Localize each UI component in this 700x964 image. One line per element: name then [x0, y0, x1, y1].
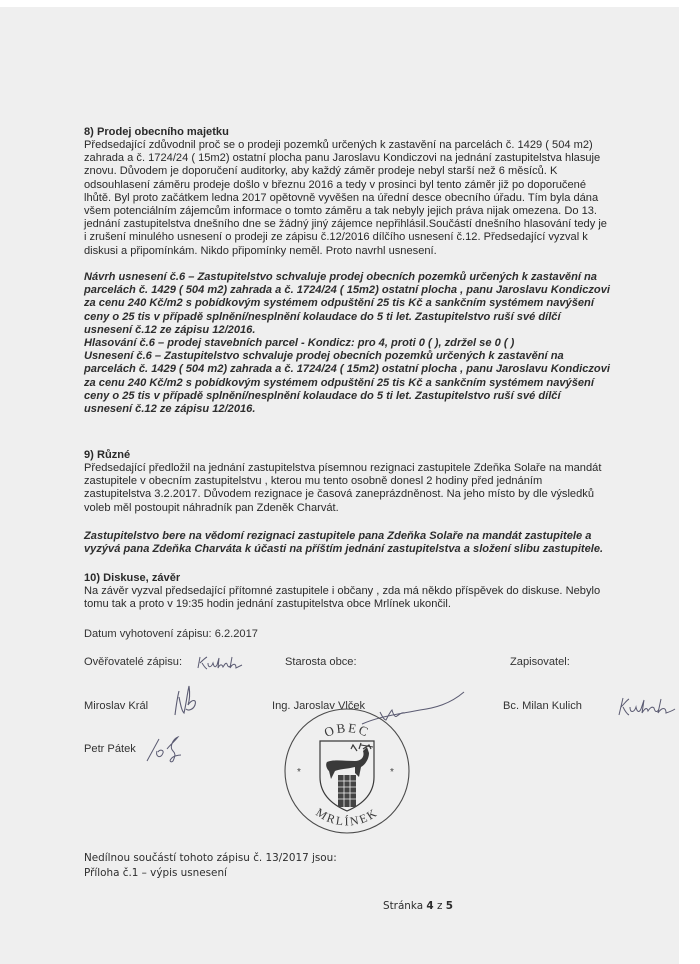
section-9-heading: 9) Různé — [84, 449, 130, 462]
attachment-item-1: Příloha č.1 – výpis usnesení — [84, 867, 227, 879]
seal-top-text: OBEC — [322, 720, 372, 740]
section-8-heading: 8) Prodej obecního majetku — [84, 126, 229, 139]
text-line: Předsedající předložil na jednání zastup… — [84, 462, 601, 475]
text-line: diskusi a připomínkám. Nikdo připomínky … — [84, 245, 607, 258]
section-9-resolution: Zastupitelstvo bere na vědomí rezignaci … — [84, 530, 603, 556]
text-line: ceny o 25 tis v případě splnění/nesplněn… — [84, 390, 610, 403]
text-line: Hlasování č.6 – prodej stavebních parcel… — [84, 337, 610, 350]
seal-bottom-text: MRLÍNEK — [313, 805, 380, 828]
text-line: za cenu 240 Kč/m2 s pobídkovým systémem … — [84, 297, 610, 310]
municipal-seal: OBEC MRLÍNEK * * — [283, 707, 411, 835]
text-line: tomu tak a proto v 19:35 hodin jednání z… — [84, 598, 600, 611]
attachments-intro: Nedílnou součástí tohoto zápisu č. 13/20… — [84, 852, 337, 864]
verifier-1-name: Miroslav Král — [84, 700, 148, 712]
text-line: jednání zastupitelstva dnešního dne se ž… — [84, 218, 607, 231]
section-8-paragraph: Předsedající zdůvodnil proč se o prodeji… — [84, 139, 607, 258]
text-line: za cenu 240 Kč/m2 s pobídkovým systémem … — [84, 377, 610, 390]
text-line: i zrušení minulého usnesení o prodeji ze… — [84, 231, 607, 244]
text-line: zastupitele v obecním zastupitelstvu , k… — [84, 475, 601, 488]
text-line: zahrada a č. 1724/24 ( 15m2) ostatní plo… — [84, 152, 607, 165]
text-line: Zastupitelstvo bere na vědomí rezignaci … — [84, 530, 603, 543]
mayor-label: Starosta obce: — [285, 656, 357, 668]
seal-star-right: * — [390, 767, 394, 778]
text-line: vyzývá pana Zdeňka Charváta k účasti na … — [84, 543, 603, 556]
signature-kral — [172, 683, 200, 717]
page-number: Stránka 4 z 5 — [383, 900, 453, 912]
text-line: parcelách č. 1429 ( 504 m2) zahrada a č.… — [84, 284, 610, 297]
page-total: 5 — [446, 900, 453, 912]
text-line: Na závěr vyzval předsedající přítomné za… — [84, 585, 600, 598]
seal-star-left: * — [297, 767, 301, 778]
stag-shield-icon — [320, 741, 374, 811]
text-line: usnesení č.12 ze zápisu 12/2016. — [84, 403, 610, 416]
text-line: Návrh usnesení č.6 – Zastupitelstvo schv… — [84, 271, 610, 284]
verifiers-label: Ověřovatelé zápisu: — [84, 656, 182, 668]
page-number-prefix: Stránka — [383, 900, 426, 912]
text-line: usnesení č.12 ze zápisu 12/2016. — [84, 324, 610, 337]
section-10-paragraph: Na závěr vyzval předsedající přítomné za… — [84, 585, 600, 611]
signature-kulich-verifier — [196, 654, 246, 674]
section-8-resolution: Návrh usnesení č.6 – Zastupitelstvo schv… — [84, 271, 610, 416]
text-line: parcelách č. 1429 ( 504 m2) zahrada a č.… — [84, 363, 610, 376]
text-line: lhůtě. Byl proto začátkem ledna 2017 opě… — [84, 192, 607, 205]
text-line: Předsedající zdůvodnil proč se o prodeji… — [84, 139, 607, 152]
section-9-paragraph: Předsedající předložil na jednání zastup… — [84, 462, 601, 515]
recorder-label: Zapisovatel: — [510, 656, 570, 668]
text-line: voleb měl postoupit náhradník pan Zdeněk… — [84, 502, 601, 515]
text-line: všem potenciálním zájemcům informace o t… — [84, 205, 607, 218]
page-number-separator: z — [434, 900, 446, 912]
text-line: zastupitelstva 3.2.2017. Důvodem rezigna… — [84, 488, 601, 501]
text-line: ceny o 25 tis v případě splnění/nesplněn… — [84, 311, 610, 324]
text-line: znovu. Důvodem je doporučení auditorky, … — [84, 165, 607, 178]
verifier-2-name: Petr Pátek — [84, 743, 136, 755]
signature-kulich-recorder — [615, 695, 677, 719]
signature-patek — [145, 733, 185, 765]
date-line: Datum vyhotovení zápisu: 6.2.2017 — [84, 628, 258, 640]
text-line: odsouhlasení záměru prodeje došlo v břez… — [84, 179, 607, 192]
page-current: 4 — [426, 900, 433, 912]
text-line: Usnesení č.6 – Zastupitelstvo schvaluje … — [84, 350, 610, 363]
section-10-heading: 10) Diskuse, závěr — [84, 572, 180, 585]
recorder-name: Bc. Milan Kulich — [503, 700, 582, 712]
